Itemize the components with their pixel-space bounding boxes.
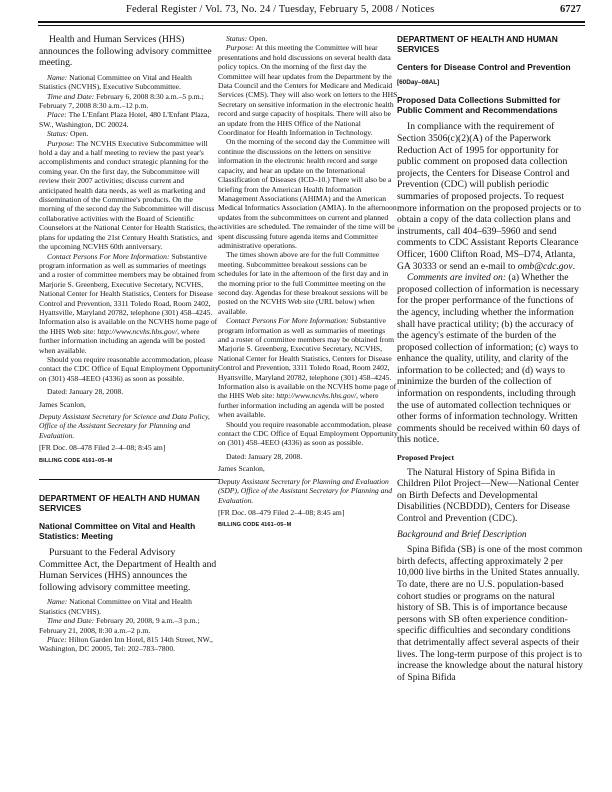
notice1-signer-title: Deputy Assistant Secretary for Science a…: [39, 412, 219, 440]
notice2-intro: Pursuant to the Federal Advisory Committ…: [39, 547, 219, 593]
email-link[interactable]: omb@cdc.gov: [518, 261, 573, 272]
ncvhs-link[interactable]: http://www.ncvhs.hhs.gov/: [276, 391, 356, 400]
notice2-intro-block: Pursuant to the Federal Advisory Committ…: [39, 547, 219, 593]
notice2-second-day: On the morning of the second day the Com…: [218, 137, 398, 250]
notice2-signer-title: Deputy Assistant Secretary for Planning …: [218, 477, 398, 505]
notice2-place: Place: Hilton Garden Inn Hotel, 815 14th…: [39, 635, 219, 654]
notice1-contact: Contact Persons For More Information: Su…: [39, 252, 219, 355]
notice3-subagency: Centers for Disease Control and Preventi…: [397, 62, 583, 72]
notice3-body: In compliance with the requirement of Se…: [397, 121, 583, 683]
header-rule-thick: [38, 21, 585, 23]
running-head: Federal Register / Vol. 73, No. 24 / Tue…: [126, 4, 434, 15]
notice3-title: Proposed Data Collections Submitted for …: [397, 95, 583, 115]
column-2: Status: Open. Purpose: At this meeting t…: [218, 34, 398, 531]
notice2-billing-code: BILLING CODE 4161–05–M: [218, 521, 398, 530]
notice2-signer: James Scanlon,: [218, 464, 398, 473]
notice1-signer: James Scanlon,: [39, 400, 219, 409]
header-rule-thin: [38, 25, 585, 26]
notice1-dated: Dated: January 28, 2008.: [39, 387, 219, 396]
notice2-title: National Committee on Vital and Health S…: [39, 521, 219, 541]
ncvhs-link[interactable]: http://www.ncvhs.hhs.gov/: [97, 327, 177, 336]
notice2-agency: DEPARTMENT OF HEALTH AND HUMAN SERVICES: [39, 493, 219, 513]
notice2-status: Status: Open.: [218, 34, 398, 43]
notice-separator: [39, 479, 219, 480]
notice1-purpose: Purpose: The NCVHS Executive Subcommitte…: [39, 139, 219, 252]
notice1-time: Time and Date: February 6, 2008 8:30 a.m…: [39, 92, 219, 111]
notice2-fr-doc: [FR Doc. 08–479 Filed 2–4–08; 8:45 am]: [218, 508, 398, 517]
notice3-docket: [60Day–08AL]: [397, 78, 583, 87]
proposed-project-heading: Proposed Project: [397, 452, 583, 464]
column-3: DEPARTMENT OF HEALTH AND HUMAN SERVICES …: [397, 34, 583, 683]
notice1-billing-code: BILLING CODE 4161–05–M: [39, 457, 219, 466]
notice3-background: Spina Bifida (SB) is one of the most com…: [397, 544, 583, 683]
notice2-name: Name: National Committee on Vital and He…: [39, 597, 219, 616]
notice2-times: The times shown above are for the full C…: [218, 250, 398, 316]
notice2-time: Time and Date: February 20, 2008, 9 a.m.…: [39, 616, 219, 635]
notice2-dated: Dated: January 28, 2008.: [218, 452, 398, 461]
notice2-accommodation: Should you require reasonable accommodat…: [218, 420, 398, 448]
notice2-contact: Contact Persons For More Information: Su…: [218, 316, 398, 419]
notice3-comments: Comments are invited on: (a) Whether the…: [397, 272, 583, 446]
background-heading: Background and Brief Description: [397, 530, 583, 542]
column-1: Health and Human Services (HHS) announce…: [39, 34, 219, 654]
notice3-agency: DEPARTMENT OF HEALTH AND HUMAN SERVICES: [397, 34, 583, 54]
notice1-fr-doc: [FR Doc. 08–478 Filed 2–4–08; 8:45 am]: [39, 443, 219, 452]
notice1-intro: Health and Human Services (HHS) announce…: [39, 34, 219, 69]
notice1-status: Status: Open.: [39, 129, 219, 138]
notice3-compliance: In compliance with the requirement of Se…: [397, 121, 583, 272]
notice1-place: Place: The L'Enfant Plaza Hotel, 480 L'E…: [39, 110, 219, 129]
notice1-name: Name: National Committee on Vital and He…: [39, 73, 219, 92]
notice3-project: The Natural History of Spina Bifida in C…: [397, 467, 583, 525]
notice2-purpose: Purpose: At this meeting the Committee w…: [218, 43, 398, 137]
page-number: 6727: [560, 4, 581, 15]
notice1-accommodation: Should you require reasonable accommodat…: [39, 355, 219, 383]
